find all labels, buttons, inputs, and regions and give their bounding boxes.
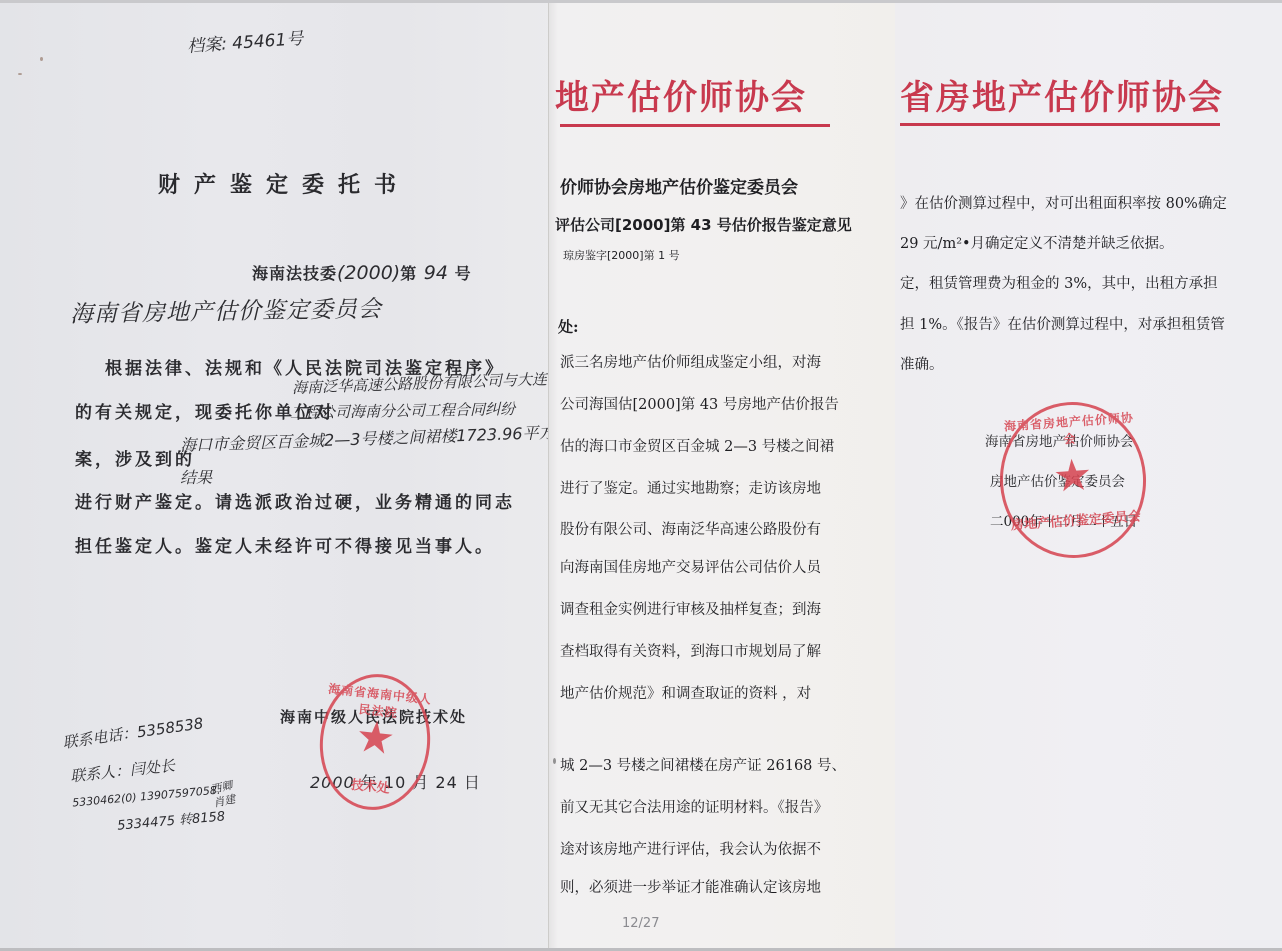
opinion-line: 公司海国估[2000]第 43 号房地产估价报告 <box>560 393 839 414</box>
paper-stain <box>553 758 556 764</box>
body-line-4: 进行财产鉴定。请选派政治过硬，业务精通的同志 <box>75 488 515 513</box>
paper-stain <box>18 73 22 75</box>
opinion-line: 》在估价测算过程中，对可出租面积率按 80%确定 <box>900 192 1227 213</box>
opinion-line: 调查租金实例进行审核及抽样复查；到海 <box>560 598 821 619</box>
opinion-line: 途对该房地产进行评估，我会认为依据不 <box>560 838 821 859</box>
opinion-line: 地产估价规范》和调查取证的资料 ，对 <box>560 682 811 703</box>
letterhead-rule-middle <box>560 124 830 127</box>
opinion-line: 担 1%。《报告》在估价测算过程中，对承担租赁管 <box>900 313 1225 334</box>
body-line-3: 案，涉及到的 <box>75 445 195 470</box>
ref-suffix: 号 <box>455 264 472 283</box>
opinion-line: 派三名房地产估价师组成鉴定小组，对海 <box>560 351 821 372</box>
opinion-issuer: 价师协会房地产估价鉴定委员会 <box>560 173 798 198</box>
opinion-doc-number: 琼房鉴字[2000]第 1 号 <box>563 247 680 263</box>
opinion-line: 29 元/m²•月确定定义不清楚并缺乏依据。 <box>900 232 1174 253</box>
opinion-line: 前又无其它合法用途的证明材料。《报告》 <box>560 796 828 817</box>
opinion-title: 评估公司[2000]第 43 号估价报告鉴定意见 <box>555 214 852 235</box>
opinion-line: 准确。 <box>900 353 944 374</box>
opinion-line: 查档取得有关资料，到海口市规划局了解 <box>560 640 821 661</box>
letterhead-right: 省房地产估价师协会 <box>900 70 1224 119</box>
paper-stain <box>40 57 43 61</box>
opinion-salutation: 处: <box>558 316 579 337</box>
opinion-line: 定，租赁管理费为租金的 3%，其中，出租方承担 <box>900 272 1218 293</box>
document-viewer: 档案: 45461号 财产鉴定委托书 海南法技委(2000)第 94 号 海南省… <box>0 0 1282 951</box>
ref-prefix: 海南法技委 <box>252 264 337 283</box>
opinion-line: 股份有限公司、海南泛华高速公路股份有 <box>560 518 821 539</box>
ref-number: 94 <box>424 262 448 284</box>
opinion-line: 向海南国佳房地产交易评估公司估价人员 <box>560 556 821 577</box>
ref-year: (2000) <box>337 262 400 284</box>
letterhead-middle: 地产估价师协会 <box>555 70 807 119</box>
document-title: 财产鉴定委托书 <box>158 168 410 199</box>
body-line-5: 担任鉴定人。鉴定人未经许可不得接见当事人。 <box>75 532 495 557</box>
opinion-line: 估的海口市金贸区百金城 2—3 号楼之间裙 <box>560 435 834 456</box>
case-handwritten-2: 工程公司海南分公司工程合同纠纷 <box>290 398 515 423</box>
opinion-line: 则，必须进一步举证才能准确认定该房地 <box>560 876 821 897</box>
ref-mid: 第 <box>400 264 417 283</box>
star-icon: ★ <box>353 715 397 763</box>
seal-bottom-text: 房地产估价鉴定委员会 <box>1005 505 1146 534</box>
addressee: 海南省房地产估价鉴定委员会 <box>70 290 383 328</box>
page-counter: 12/27 <box>622 916 659 931</box>
opinion-line: 城 2—3 号楼之间裙楼在房产证 26168 号、 <box>560 754 846 775</box>
property-handwritten-2: 结果 <box>180 465 212 488</box>
page-fold-shadow <box>548 3 558 948</box>
letterhead-rule-right <box>900 123 1220 126</box>
opinion-line: 进行了鉴定。通过实地勘察；走访该房地 <box>560 477 821 498</box>
star-icon: ★ <box>1052 453 1094 500</box>
reference-number: 海南法技委(2000)第 94 号 <box>252 261 472 284</box>
